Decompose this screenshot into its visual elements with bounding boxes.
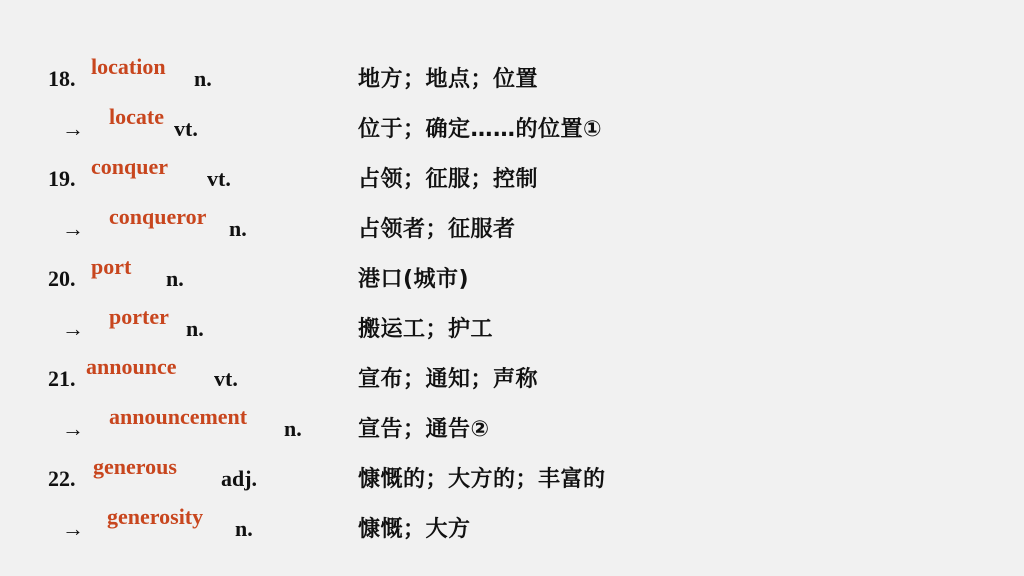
vocab-entry-20: 20. port n. 港口(城市) [0, 254, 1024, 294]
chinese-meaning: 搬运工；护工 [358, 312, 493, 343]
answer-word: generous [93, 454, 177, 480]
part-of-speech: vt. [214, 366, 238, 392]
chinese-meaning: 占领；征服；控制 [358, 162, 538, 193]
arrow-icon: → [62, 516, 84, 542]
answer-word: conquer [91, 154, 168, 180]
part-of-speech: adj. [221, 466, 257, 492]
vocab-derived-22: → generosity n. 慷慨；大方 [0, 504, 1024, 544]
answer-word: locate [109, 104, 164, 130]
answer-word: conqueror [109, 204, 206, 230]
entry-number: 18. [48, 66, 76, 92]
chinese-meaning: 慷慨；大方 [358, 512, 471, 543]
arrow-icon: → [62, 116, 84, 142]
answer-word: port [91, 254, 131, 280]
part-of-speech: n. [284, 416, 302, 442]
arrow-icon: → [62, 416, 84, 442]
vocab-entry-21: 21. announce vt. 宣布；通知；声称 [0, 354, 1024, 394]
entry-number: 21. [48, 366, 76, 392]
part-of-speech: n. [166, 266, 184, 292]
vocab-entry-18: 18. location n. 地方；地点；位置 [0, 54, 1024, 94]
chinese-meaning: 位于；确定……的位置① [358, 112, 602, 143]
part-of-speech: vt. [174, 116, 198, 142]
vocab-derived-20: → porter n. 搬运工；护工 [0, 304, 1024, 344]
chinese-meaning: 占领者；征服者 [358, 212, 516, 243]
part-of-speech: n. [229, 216, 247, 242]
answer-word: announce [86, 354, 176, 380]
answer-word: announcement [109, 404, 247, 430]
part-of-speech: vt. [207, 166, 231, 192]
vocab-derived-21: → announcement n. 宣告；通告② [0, 404, 1024, 444]
answer-word: location [91, 54, 166, 80]
vocab-derived-18: → locate vt. 位于；确定……的位置① [0, 104, 1024, 144]
entry-number: 19. [48, 166, 76, 192]
part-of-speech: n. [186, 316, 204, 342]
chinese-meaning: 慷慨的；大方的；丰富的 [358, 462, 606, 493]
answer-word: porter [109, 304, 169, 330]
chinese-meaning: 港口(城市) [358, 262, 469, 293]
entry-number: 20. [48, 266, 76, 292]
answer-word: generosity [107, 504, 203, 530]
chinese-meaning: 宣告；通告② [358, 412, 490, 443]
part-of-speech: n. [194, 66, 212, 92]
vocab-entry-22: 22. generous adj. 慷慨的；大方的；丰富的 [0, 454, 1024, 494]
vocab-entry-19: 19. conquer vt. 占领；征服；控制 [0, 154, 1024, 194]
entry-number: 22. [48, 466, 76, 492]
vocab-derived-19: → conqueror n. 占领者；征服者 [0, 204, 1024, 244]
arrow-icon: → [62, 316, 84, 342]
arrow-icon: → [62, 216, 84, 242]
chinese-meaning: 宣布；通知；声称 [358, 362, 538, 393]
part-of-speech: n. [235, 516, 253, 542]
chinese-meaning: 地方；地点；位置 [358, 62, 538, 93]
